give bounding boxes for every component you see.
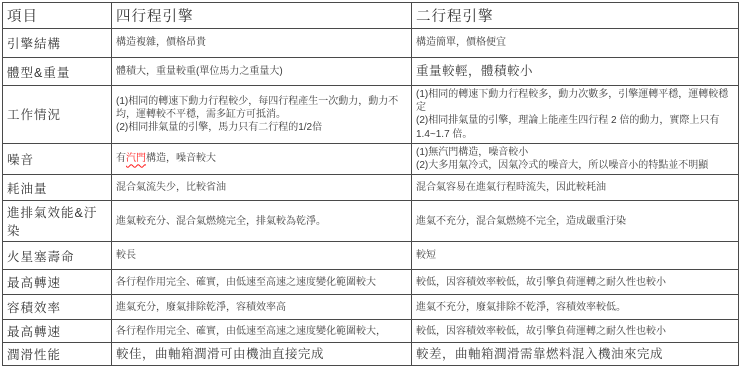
table-row-spark-plug-life: 火星塞壽命 較長 較短 (3, 242, 739, 270)
row-label: 火星塞壽命 (3, 242, 112, 270)
cell-text: 進氣不充分，廢氣排除不乾淨，容積效率較低。 (416, 301, 734, 314)
four-stroke-cell: 較佳，曲軸箱潤滑可由機油直接完成 (112, 343, 412, 366)
two-stroke-cell: 較低，因容積效率較低，故引擎負荷運轉之耐久性也較小 (412, 270, 739, 295)
row-label: 體型&重量 (3, 58, 112, 86)
cell-text: 進氣不充分，混合氣燃燒不完全，造成嚴重汙染 (416, 215, 734, 228)
cell-text: 較差，曲軸箱潤滑需靠燃料混入機油來完成 (416, 346, 734, 363)
row-label: 潤滑性能 (3, 343, 112, 366)
two-stroke-cell: (1)無汽門構造，噪音較小 (2)大多用氣冷式，因氣冷式的噪音大，所以噪音小的特… (412, 143, 739, 174)
table-row-lubrication: 潤滑性能 較佳，曲軸箱潤滑可由機油直接完成 較差，曲軸箱潤滑需靠燃料混入機油來完… (3, 343, 739, 366)
table-row-noise: 噪音 有汽門構造，噪音較大 (1)無汽門構造，噪音較小 (2)大多用氣冷式，因氣… (3, 143, 739, 174)
table-row-volumetric-efficiency: 容積效率 進氣充分，廢氣排除乾淨，容積效率高 進氣不充分，廢氣排除不乾淨，容積效… (3, 295, 739, 320)
four-stroke-cell: 體積大，重量較重(單位馬力之重量大) (112, 58, 412, 86)
cell-text: (2)大多用氣冷式，因氣冷式的噪音大，所以噪音小的特點並不明顯 (416, 159, 734, 172)
four-stroke-cell: (1)相同的轉速下動力行程較少，每四行程產生一次動力，動力不均，運轉較不平穩，需… (112, 86, 412, 144)
table-row-size-weight: 體型&重量 體積大，重量較重(單位馬力之重量大) 重量較輕，體積較小 (3, 58, 739, 86)
page: 項目 四行程引擎 二行程引擎 引擎結構 構造複雜，價格昂貴 構造簡單，價格便宜 … (0, 0, 740, 345)
cell-text: (1)相同的轉速下動力行程較少，每四行程產生一次動力，動力不均，運轉較不平穩，需… (116, 95, 407, 121)
cell-text: 較低，因容積效率較低，故引擎負荷運轉之耐久性也較小 (416, 276, 734, 289)
two-stroke-cell: 進氣不充分，廢氣排除不乾淨，容積效率較低。 (412, 295, 739, 320)
four-stroke-cell: 進氣較充分、混合氣燃燒完全，排氣較為乾淨。 (112, 201, 412, 242)
cell-text: 構造簡單，價格便宜 (416, 36, 734, 49)
two-stroke-cell: 重量較輕，體積較小 (412, 58, 739, 86)
cell-text: 進氣充分，廢氣排除乾淨，容積效率高 (116, 301, 407, 314)
cell-text: (2)相同排氣量的引擎，理論上能產生四行程 2 倍的動力，實際上只有1.4~1.… (416, 114, 734, 140)
cell-text: (2)相同排氣量的引擎，馬力只有二行程的1/2倍 (116, 121, 407, 134)
four-stroke-cell: 進氣充分，廢氣排除乾淨，容積效率高 (112, 295, 412, 320)
cell-text: 進氣較充分、混合氣燃燒完全，排氣較為乾淨。 (116, 215, 407, 228)
two-stroke-cell: 較短 (412, 242, 739, 270)
row-label: 噪音 (3, 143, 112, 174)
table-row-fuel-consumption: 耗油量 混合氣流失少，比較省油 混合氣容易在進氣行程時流失，因此較耗油 (3, 175, 739, 201)
text-prefix: 有 (116, 153, 126, 164)
cell-text: 混合氣流失少，比較省油 (116, 181, 407, 194)
cell-text: 各行程作用完全、確實，由低速至高速之速度變化範圍較大 (116, 276, 407, 289)
cell-text: 有汽門構造，噪音較大 (116, 152, 407, 165)
row-label: 耗油量 (3, 175, 112, 201)
row-label: 進排氣效能&汙染 (3, 201, 112, 242)
cell-text: (1)無汽門構造，噪音較小 (416, 146, 734, 159)
four-stroke-cell: 構造複雜，價格昂貴 (112, 29, 412, 58)
table-row-intake-exhaust-pollution: 進排氣效能&汙染 進氣較充分、混合氣燃燒完全，排氣較為乾淨。 進氣不充分，混合氣… (3, 201, 739, 242)
two-stroke-cell: 較低，因容積效率較低，故引擎負荷運轉之耐久性也較小 (412, 320, 739, 343)
row-label: 最高轉速 (3, 320, 112, 343)
text-suffix: 構造，噪音較大 (146, 153, 216, 164)
two-stroke-cell: (1)相同的轉速下動力行程較多，動力次數多，引擎運轉平穩，運轉較穩定 (2)相同… (412, 86, 739, 144)
four-stroke-cell: 有汽門構造，噪音較大 (112, 143, 412, 174)
cell-text: 較佳，曲軸箱潤滑可由機油直接完成 (116, 346, 407, 363)
table-row-working-condition: 工作情況 (1)相同的轉速下動力行程較少，每四行程產生一次動力，動力不均，運轉較… (3, 86, 739, 144)
four-stroke-cell: 各行程作用完全、確實，由低速至高速之速度變化範圍較大， (112, 320, 412, 343)
cell-text: 各行程作用完全、確實，由低速至高速之速度變化範圍較大， (116, 325, 407, 338)
cell-text: (1)相同的轉速下動力行程較多，動力次數多，引擎運轉平穩，運轉較穩定 (416, 88, 734, 114)
row-label: 工作情況 (3, 86, 112, 144)
two-stroke-cell: 較差，曲軸箱潤滑需靠燃料混入機油來完成 (412, 343, 739, 366)
row-label: 容積效率 (3, 295, 112, 320)
cell-text: 較長 (116, 249, 407, 262)
engine-comparison-table: 項目 四行程引擎 二行程引擎 引擎結構 構造複雜，價格昂貴 構造簡單，價格便宜 … (2, 2, 739, 366)
row-label: 最高轉速 (3, 270, 112, 295)
cell-text: 體積大，重量較重(單位馬力之重量大) (116, 65, 407, 78)
row-label: 引擎結構 (3, 29, 112, 58)
four-stroke-cell: 混合氣流失少，比較省油 (112, 175, 412, 201)
cell-text: 較低，因容積效率較低，故引擎負荷運轉之耐久性也較小 (416, 325, 734, 338)
table-row-engine-structure: 引擎結構 構造複雜，價格昂貴 構造簡單，價格便宜 (3, 29, 739, 58)
header-four-stroke: 四行程引擎 (112, 3, 412, 29)
header-item: 項目 (3, 3, 112, 29)
cell-text: 較短 (416, 249, 734, 262)
table-row-max-rpm-1: 最高轉速 各行程作用完全、確實，由低速至高速之速度變化範圍較大 較低，因容積效率… (3, 270, 739, 295)
table-row-max-rpm-2: 最高轉速 各行程作用完全、確實，由低速至高速之速度變化範圍較大， 較低，因容積效… (3, 320, 739, 343)
cell-text: 重量較輕，體積較小 (416, 63, 734, 80)
four-stroke-cell: 較長 (112, 242, 412, 270)
header-row: 項目 四行程引擎 二行程引擎 (3, 3, 739, 29)
cell-text: 構造複雜，價格昂貴 (116, 36, 407, 49)
header-two-stroke: 二行程引擎 (412, 3, 739, 29)
cell-text: 混合氣容易在進氣行程時流失，因此較耗油 (416, 181, 734, 194)
two-stroke-cell: 混合氣容易在進氣行程時流失，因此較耗油 (412, 175, 739, 201)
four-stroke-cell: 各行程作用完全、確實，由低速至高速之速度變化範圍較大 (112, 270, 412, 295)
two-stroke-cell: 進氣不充分，混合氣燃燒不完全，造成嚴重汙染 (412, 201, 739, 242)
two-stroke-cell: 構造簡單，價格便宜 (412, 29, 739, 58)
highlighted-term: 汽門 (126, 153, 146, 164)
